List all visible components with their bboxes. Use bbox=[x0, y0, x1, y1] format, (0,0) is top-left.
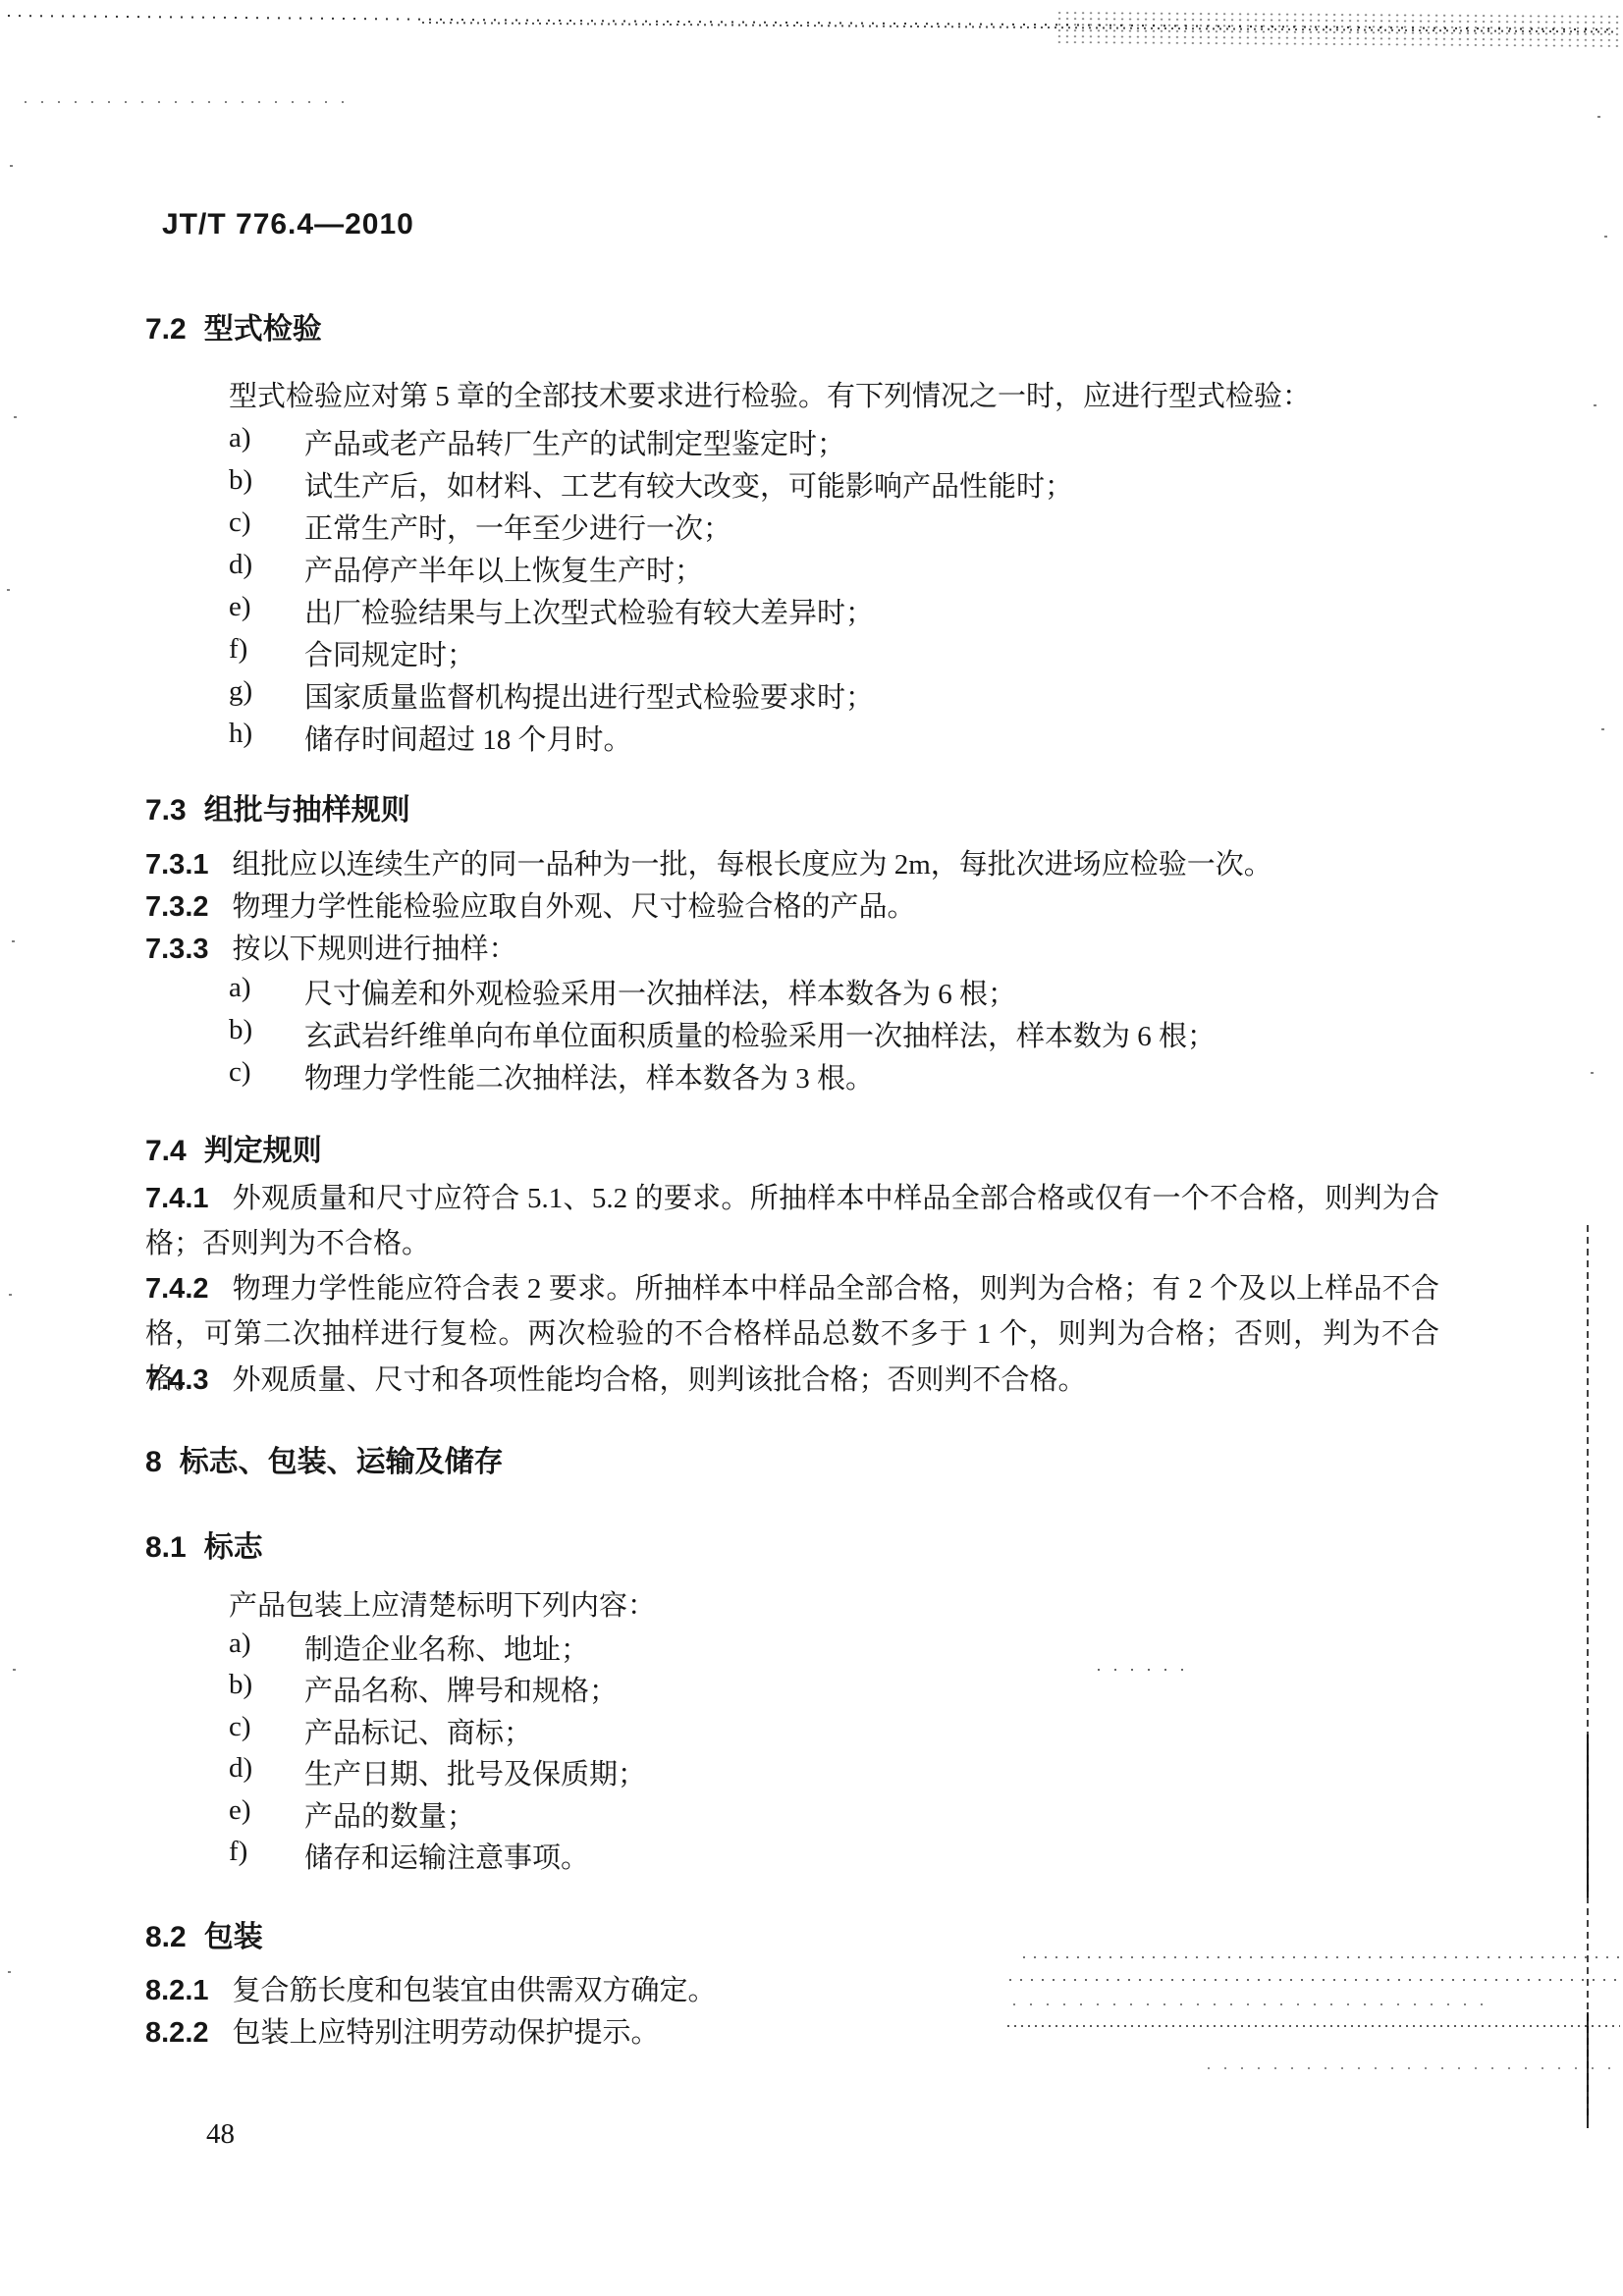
clause-text: 复合筋长度和包装宜由供需双方确定。 bbox=[233, 1975, 717, 2006]
scan-dotted-line bbox=[1007, 2025, 1620, 2027]
scan-dotted-line bbox=[1208, 2067, 1620, 2069]
item-label: d) bbox=[229, 549, 304, 589]
item-text: 储存时间超过 18 个月时。 bbox=[304, 718, 632, 758]
clause-number: 7.3.2 bbox=[145, 891, 209, 923]
scan-noise-line bbox=[25, 101, 349, 103]
section-title: 标志、包装、运输及储存 bbox=[180, 1446, 504, 1478]
clause-text: 外观质量和尺寸应符合 5.1、5.2 的要求。所抽样本中样品全部合格或仅有一个不… bbox=[145, 1183, 1439, 1259]
clause-text: 按以下规则进行抽样： bbox=[233, 934, 517, 965]
item-label: c) bbox=[229, 1711, 304, 1751]
scan-speck bbox=[7, 589, 10, 591]
item-text: 出厂检验结果与上次型式检验有较大差异时； bbox=[304, 591, 874, 631]
document-page: JT/T 776.4—2010 7.2型式检验 型式检验应对第 5 章的全部技术… bbox=[0, 0, 1623, 2296]
section-7-3-heading: 7.3组批与抽样规则 bbox=[145, 785, 410, 828]
section-number: 7.4 bbox=[145, 1135, 187, 1167]
item-text: 储存和运输注意事项。 bbox=[304, 1836, 589, 1876]
item-label: h) bbox=[229, 718, 304, 758]
item-text: 正常生产时，一年至少进行一次； bbox=[304, 507, 731, 547]
scan-dotted-line bbox=[1023, 1956, 1620, 1958]
list-item: f)合同规定时； bbox=[229, 633, 475, 673]
clause-8-2-1: 8.2.1复合筋长度和包装宜由供需双方确定。 bbox=[145, 1968, 717, 2008]
clause-number: 7.3.3 bbox=[145, 934, 209, 965]
scan-speck bbox=[1601, 728, 1604, 730]
section-8-2-heading: 8.2包装 bbox=[145, 1912, 263, 1955]
item-label: b) bbox=[229, 464, 304, 505]
section-title: 组批与抽样规则 bbox=[204, 794, 410, 827]
scan-speck bbox=[9, 1294, 12, 1296]
item-text: 合同规定时； bbox=[304, 633, 475, 673]
list-item: a)尺寸偏差和外观检验采用一次抽样法，样本数各为 6 根； bbox=[229, 972, 1016, 1012]
section-title: 包装 bbox=[204, 1921, 263, 1953]
list-item: h)储存时间超过 18 个月时。 bbox=[229, 718, 632, 758]
section-title: 型式检验 bbox=[204, 313, 322, 346]
clause-8-2-2: 8.2.2包装上应特别注明劳动保护提示。 bbox=[145, 2010, 660, 2051]
item-text: 产品标记、商标； bbox=[304, 1711, 532, 1751]
list-item: a)制造企业名称、地址； bbox=[229, 1628, 589, 1668]
section-number: 8.1 bbox=[145, 1531, 187, 1564]
scan-noise-dither bbox=[1055, 10, 1620, 47]
scan-vertical-line bbox=[1587, 1225, 1589, 2120]
list-item: c)正常生产时，一年至少进行一次； bbox=[229, 507, 731, 547]
item-text: 制造企业名称、地址； bbox=[304, 1628, 589, 1668]
scan-vertical-line bbox=[1587, 1735, 1589, 1897]
section-number: 7.2 bbox=[145, 313, 187, 346]
item-text: 尺寸偏差和外观检验采用一次抽样法，样本数各为 6 根； bbox=[304, 972, 1016, 1012]
section-8-heading: 8标志、包装、运输及储存 bbox=[145, 1437, 504, 1480]
scan-speck bbox=[1597, 116, 1600, 118]
item-label: f) bbox=[229, 633, 304, 673]
item-label: c) bbox=[229, 1056, 304, 1096]
list-item: c)产品标记、商标； bbox=[229, 1711, 532, 1751]
section-number: 7.3 bbox=[145, 794, 187, 827]
clause-text: 物理力学性能检验应取自外观、尺寸检验合格的产品。 bbox=[233, 891, 916, 923]
clause-7-3-2: 7.3.2物理力学性能检验应取自外观、尺寸检验合格的产品。 bbox=[145, 884, 916, 925]
list-item: a)产品或老产品转厂生产的试制定型鉴定时； bbox=[229, 422, 845, 462]
doc-number: JT/T 776.4—2010 bbox=[162, 208, 414, 241]
clause-number: 7.3.1 bbox=[145, 849, 209, 881]
scan-dotted-line bbox=[1013, 2003, 1494, 2005]
list-item: d)产品停产半年以上恢复生产时； bbox=[229, 549, 703, 589]
item-label: e) bbox=[229, 1794, 304, 1835]
list-item: e)出厂检验结果与上次型式检验有较大差异时； bbox=[229, 591, 874, 631]
clause-7-4-1: 7.4.1外观质量和尺寸应符合 5.1、5.2 的要求。所抽样本中样品全部合格或… bbox=[145, 1176, 1439, 1266]
scan-vertical-line bbox=[1587, 2012, 1589, 2128]
clause-text: 外观质量、尺寸和各项性能均合格，则判该批合格；否则判不合格。 bbox=[233, 1364, 1087, 1396]
list-item: c)物理力学性能二次抽样法，样本数各为 3 根。 bbox=[229, 1056, 874, 1096]
item-text: 产品停产半年以上恢复生产时； bbox=[304, 549, 703, 589]
scan-dotted-line bbox=[1009, 1979, 1620, 1981]
list-item: e)产品的数量； bbox=[229, 1794, 475, 1835]
item-label: b) bbox=[229, 1669, 304, 1709]
item-label: f) bbox=[229, 1836, 304, 1876]
item-text: 产品或老产品转厂生产的试制定型鉴定时； bbox=[304, 422, 845, 462]
section-number: 8 bbox=[145, 1446, 162, 1478]
list-item: b)试生产后，如材料、工艺有较大改变，可能影响产品性能时； bbox=[229, 464, 1073, 505]
section-8-1-heading: 8.1标志 bbox=[145, 1522, 263, 1566]
list-item: d)生产日期、批号及保质期； bbox=[229, 1752, 646, 1792]
clause-7-3-3: 7.3.3按以下规则进行抽样： bbox=[145, 927, 517, 967]
item-text: 玄武岩纤维单向布单位面积质量的检验采用一次抽样法，样本数为 6 根； bbox=[304, 1014, 1216, 1054]
list-item: b)玄武岩纤维单向布单位面积质量的检验采用一次抽样法，样本数为 6 根； bbox=[229, 1014, 1216, 1054]
scan-dotted-line bbox=[1098, 1669, 1191, 1671]
section-7-2-heading: 7.2型式检验 bbox=[145, 304, 322, 347]
item-label: d) bbox=[229, 1752, 304, 1792]
scan-speck bbox=[1604, 236, 1607, 238]
item-label: g) bbox=[229, 675, 304, 716]
scan-speck bbox=[8, 1971, 11, 1973]
section-8-1-intro: 产品包装上应清楚标明下列内容： bbox=[229, 1583, 656, 1624]
clause-number: 7.4.1 bbox=[145, 1183, 209, 1214]
clause-number: 7.4.3 bbox=[145, 1364, 209, 1396]
section-7-4-heading: 7.4判定规则 bbox=[145, 1126, 322, 1169]
item-text: 产品的数量； bbox=[304, 1794, 475, 1835]
item-label: b) bbox=[229, 1014, 304, 1054]
clause-number: 8.2.1 bbox=[145, 1975, 209, 2006]
section-title: 标志 bbox=[204, 1531, 263, 1564]
item-label: e) bbox=[229, 591, 304, 631]
clause-number: 7.4.2 bbox=[145, 1273, 209, 1305]
clause-text: 组批应以连续生产的同一品种为一批，每根长度应为 2m，每批次进场应检验一次。 bbox=[233, 849, 1272, 881]
item-text: 国家质量监督机构提出进行型式检验要求时； bbox=[304, 675, 874, 716]
item-label: a) bbox=[229, 422, 304, 462]
scan-speck bbox=[1594, 404, 1596, 406]
scan-speck bbox=[14, 416, 17, 418]
section-number: 8.2 bbox=[145, 1921, 187, 1953]
scan-speck bbox=[12, 940, 15, 942]
item-label: a) bbox=[229, 972, 304, 1012]
clause-7-3-1: 7.3.1组批应以连续生产的同一品种为一批，每根长度应为 2m，每批次进场应检验… bbox=[145, 842, 1272, 882]
clause-number: 8.2.2 bbox=[145, 2017, 209, 2049]
section-7-2-intro: 型式检验应对第 5 章的全部技术要求进行检验。有下列情况之一时，应进行型式检验： bbox=[229, 374, 1311, 414]
item-text: 生产日期、批号及保质期； bbox=[304, 1752, 646, 1792]
item-text: 物理力学性能二次抽样法，样本数各为 3 根。 bbox=[304, 1056, 874, 1096]
item-label: c) bbox=[229, 507, 304, 547]
item-text: 试生产后，如材料、工艺有较大改变，可能影响产品性能时； bbox=[304, 464, 1073, 505]
list-item: g)国家质量监督机构提出进行型式检验要求时； bbox=[229, 675, 874, 716]
list-item: f)储存和运输注意事项。 bbox=[229, 1836, 589, 1876]
clause-text: 包装上应特别注明劳动保护提示。 bbox=[233, 2017, 660, 2049]
page-number: 48 bbox=[206, 2118, 235, 2151]
scan-speck bbox=[13, 1669, 16, 1671]
item-label: a) bbox=[229, 1628, 304, 1668]
list-item: b)产品名称、牌号和规格； bbox=[229, 1669, 618, 1709]
item-text: 产品名称、牌号和规格； bbox=[304, 1669, 618, 1709]
section-title: 判定规则 bbox=[204, 1135, 322, 1167]
clause-7-4-3: 7.4.3外观质量、尺寸和各项性能均合格，则判该批合格；否则判不合格。 bbox=[145, 1358, 1087, 1398]
scan-speck bbox=[10, 165, 13, 167]
scan-speck bbox=[1591, 1072, 1594, 1074]
